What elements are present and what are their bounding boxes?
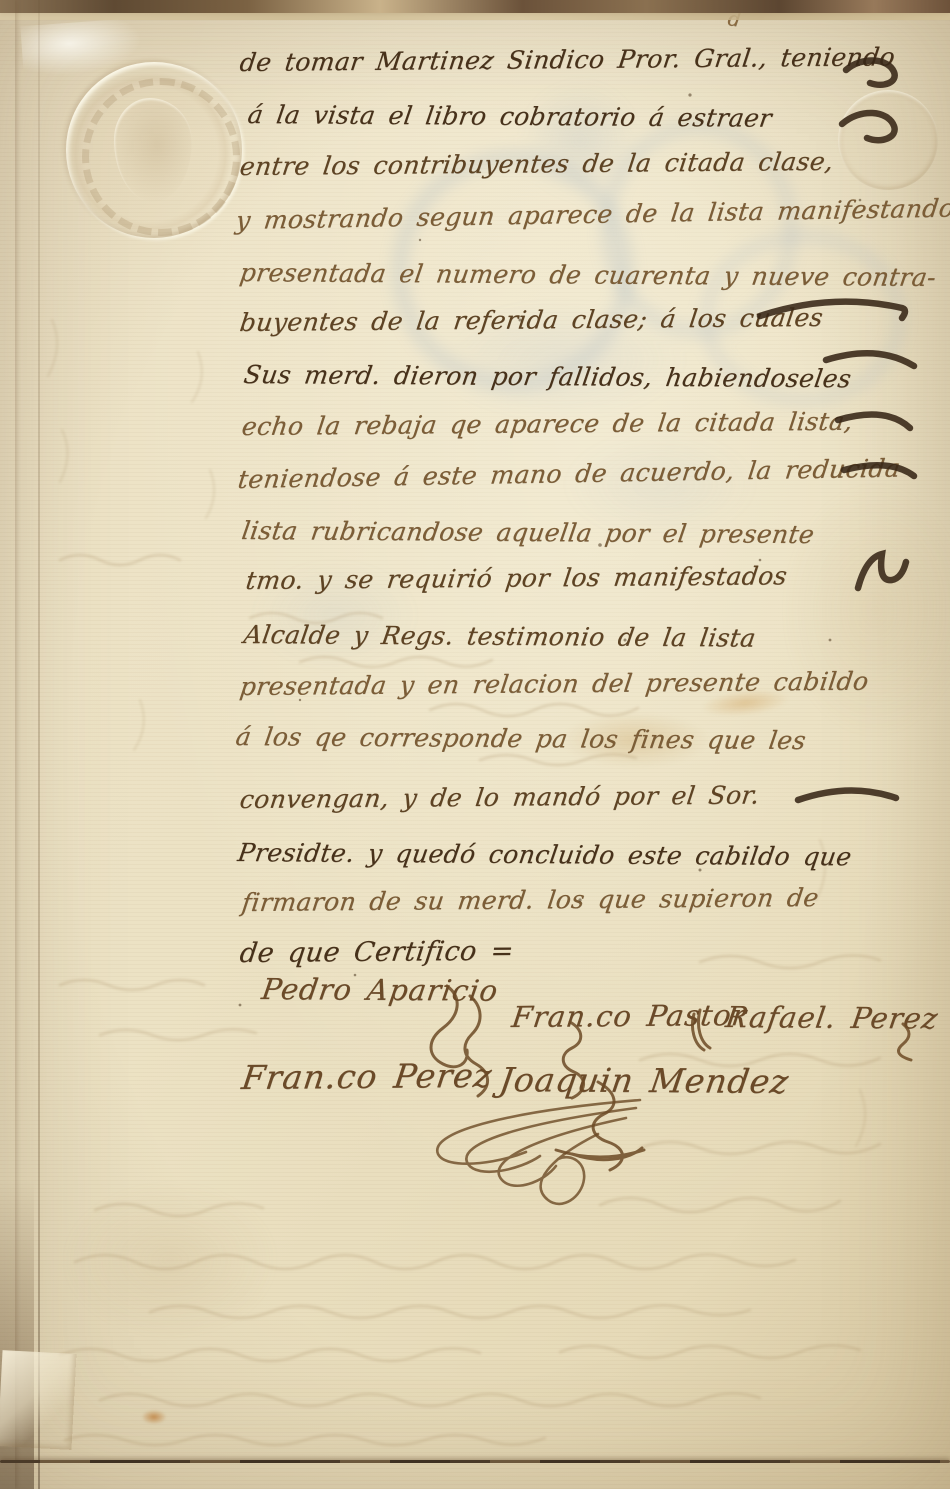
manuscript-line: Alcalde y Regs. testimonio de la lista bbox=[242, 620, 758, 653]
manuscript-page: d de tomar Martinez Sindico Pror. Gral.,… bbox=[0, 0, 950, 1489]
fold-crease bbox=[38, 0, 40, 1489]
manuscript-line: Presidte. y quedó concluido este cabildo… bbox=[236, 838, 854, 871]
torn-edge-bottom bbox=[0, 1460, 950, 1489]
signature-rafael-perez: Rafael. Perez bbox=[723, 1000, 940, 1035]
manuscript-line: echo la rebaja qe aparece de la citada l… bbox=[240, 407, 855, 441]
manuscript-line: firmaron de su merd. los que supieron de bbox=[240, 883, 821, 917]
manuscript-line: lista rubricandose aquella por el presen… bbox=[240, 516, 817, 549]
manuscript-line: á los qe corresponde pa los fines que le… bbox=[234, 722, 808, 755]
binding-edge-top-light bbox=[0, 13, 950, 20]
embossed-seal-faint bbox=[838, 90, 938, 190]
corner-fold bbox=[0, 1350, 76, 1450]
manuscript-line: Sus merd. dieron por fallidos, habiendos… bbox=[242, 360, 854, 393]
embossed-paper-seal bbox=[66, 62, 242, 238]
manuscript-line: tmo. y se requirió por los manifestados bbox=[244, 561, 789, 595]
manuscript-line: presentada el numero de cuarenta y nueve… bbox=[238, 258, 938, 292]
signature-francisco-perez: Fran.co Perez bbox=[239, 1056, 494, 1097]
signature-francisco-pastor: Fran.co Pastor bbox=[510, 998, 749, 1034]
manuscript-line: entre los contribuyentes de la citada cl… bbox=[238, 147, 835, 181]
foxing-spot bbox=[142, 1410, 166, 1424]
manuscript-line: á la vista el libro cobratorio á estraer bbox=[246, 100, 774, 133]
manuscript-line: de tomar Martinez Sindico Pror. Gral., t… bbox=[238, 42, 897, 77]
manuscript-line: presentada y en relacion del presente ca… bbox=[238, 667, 870, 701]
certification-line: de que Certifico = bbox=[238, 936, 516, 969]
manuscript-line: buyentes de la referida clase; á los cua… bbox=[238, 303, 825, 337]
binding-edge-top bbox=[0, 0, 950, 13]
manuscript-line: convengan, y de lo mandó por el Sor. bbox=[238, 780, 761, 814]
stain bbox=[60, 1180, 280, 1340]
signature-joaquin-mendez: Joaquin Mendez bbox=[497, 1060, 792, 1101]
signature-pedro-aparicio: Pedro Aparicio bbox=[259, 972, 500, 1008]
